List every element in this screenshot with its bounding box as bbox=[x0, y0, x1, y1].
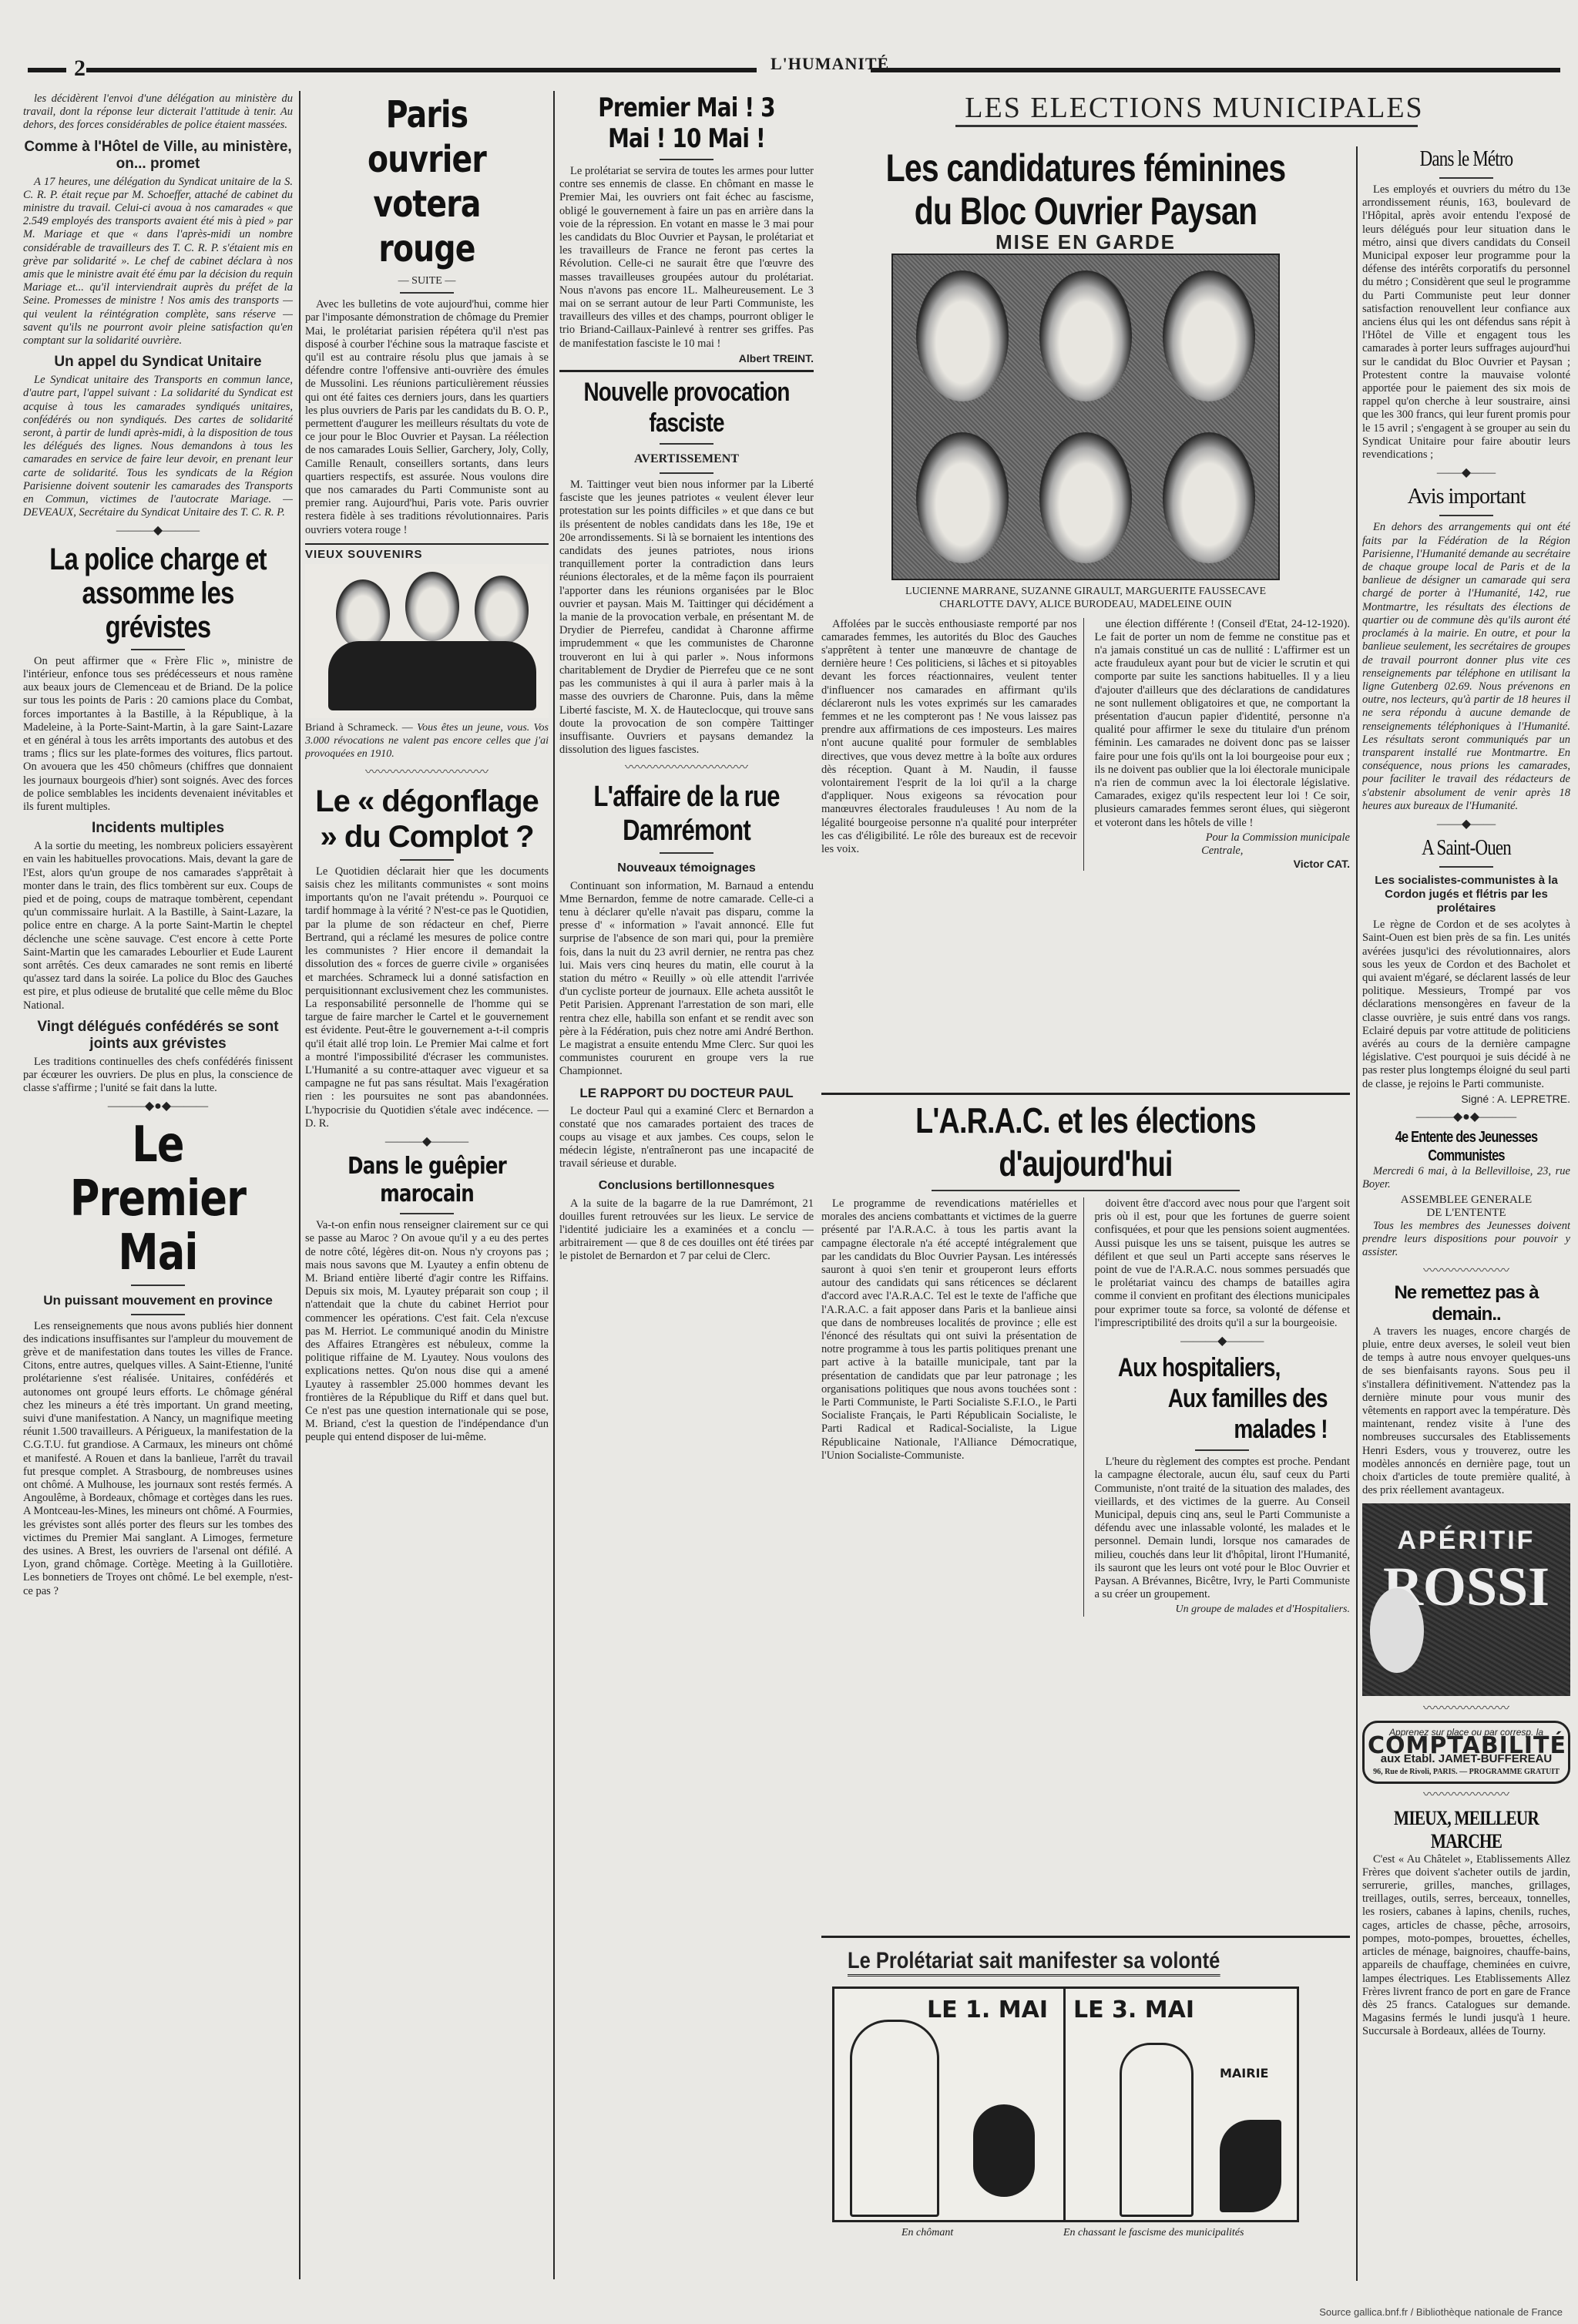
rule bbox=[131, 649, 185, 650]
subheading-mise-en-garde: MISE EN GARDE bbox=[821, 236, 1350, 249]
headline-jeunesses: 4e Entente des Jeunesses Communistes bbox=[1381, 1128, 1551, 1165]
article-text: Va-t-on enfin nous renseigner clairement… bbox=[305, 1219, 549, 1444]
banner-rule bbox=[955, 125, 1418, 127]
article-text: Mercredi 6 mai, à la Bellevilloise, 23, … bbox=[1362, 1165, 1570, 1191]
wavy-divider: 〰〰〰〰〰〰〰〰〰〰 bbox=[559, 761, 814, 774]
worker-figure bbox=[1120, 2043, 1194, 2217]
notice-title: DE L'ENTENTE bbox=[1362, 1207, 1570, 1220]
ad-text: aux Etabl. JAMET-BUFFEREAU bbox=[1368, 1752, 1565, 1765]
subheading: Nouveaux témoignages bbox=[559, 860, 814, 877]
article-text: Le Quotidien déclarait hier que les docu… bbox=[305, 865, 549, 1130]
rule bbox=[932, 1190, 1240, 1191]
headline-paris-ouvrier: Paris ouvrier votera rouge bbox=[327, 92, 526, 271]
subheading: LE RAPPORT DU DOCTEUR PAUL bbox=[559, 1085, 814, 1102]
arac-article: L'A.R.A.C. et les élections d'aujourd'hu… bbox=[821, 1099, 1350, 1908]
column-1: les décidèrent l'envoi d'une délégation … bbox=[23, 92, 293, 2281]
article-text: A travers les nuages, encore chargés de … bbox=[1362, 1325, 1570, 1498]
article-text: doivent être d'accord avec nous pour que… bbox=[1095, 1197, 1351, 1330]
cartoon-title: VIEUX SOUVENIRS bbox=[305, 548, 549, 561]
headline-premier-mai-3-mai: Premier Mai ! 3 Mai ! 10 Mai ! bbox=[583, 92, 791, 154]
cartoon-panel-1: LE 1. MAI bbox=[832, 1986, 1068, 2222]
ad-comptabilite: Apprenez sur place ou par corresp. la CO… bbox=[1362, 1721, 1570, 1785]
rule bbox=[131, 1314, 185, 1315]
ad-brand: COMPTABILITÉ bbox=[1368, 1739, 1565, 1752]
article-text: A 17 heures, une délégation du Syndicat … bbox=[23, 176, 293, 348]
cartoon-panel-2: LE 3. MAI MAIRIE bbox=[1063, 1986, 1299, 2222]
cartoon-caption: En chassant le fascisme des municipalité… bbox=[1063, 2227, 1244, 2239]
fascist-figure bbox=[1220, 2120, 1281, 2212]
rule bbox=[131, 1285, 185, 1286]
candidate-photos bbox=[891, 254, 1280, 580]
ornament-divider: ——◆—— bbox=[1362, 818, 1570, 831]
rule bbox=[660, 472, 713, 474]
mairie-sign: MAIRIE bbox=[1220, 2066, 1268, 2081]
headline-premier-mai: Le Premier Mai bbox=[48, 1118, 269, 1280]
article-text: Les employés et ouvriers du métro du 13e… bbox=[1362, 183, 1570, 462]
headline-hospitaliers: Aux hospitaliers, bbox=[1117, 1352, 1327, 1383]
headline-saint-ouen: A Saint-Ouen bbox=[1381, 835, 1551, 861]
article-text: C'est « Au Châtelet », Etablissements Al… bbox=[1362, 1853, 1570, 2039]
subheading: Un puissant mouvement en province bbox=[23, 1292, 293, 1309]
candidate-photo bbox=[1163, 270, 1255, 401]
rule bbox=[1439, 866, 1493, 868]
headline-avis-important: Avis important bbox=[1362, 484, 1570, 510]
header-rule-left bbox=[28, 68, 66, 72]
wavy-divider: 〰〰〰〰〰〰〰 bbox=[1362, 1788, 1570, 1802]
rule bbox=[660, 852, 713, 854]
ad-text: APÉRITIF bbox=[1362, 1534, 1570, 1547]
column-2: Paris ouvrier votera rouge — SUITE — Ave… bbox=[305, 92, 549, 2281]
headline-arac: L'A.R.A.C. et les élections d'aujourd'hu… bbox=[869, 1099, 1303, 1185]
ornament-divider: ———◆——— bbox=[23, 524, 293, 537]
cartoon-vieux-souvenirs bbox=[305, 564, 549, 718]
worker-figure bbox=[850, 2020, 939, 2217]
article-text: A la suite de la bagarre de la rue Damré… bbox=[559, 1197, 814, 1264]
candidate-photo bbox=[1163, 432, 1255, 563]
candidate-photo bbox=[916, 432, 1009, 563]
article-text: L'heure du règlement des comptes est pro… bbox=[1095, 1456, 1351, 1601]
rule bbox=[400, 292, 454, 294]
headline-familles-malades: Aux familles des malades ! bbox=[1117, 1383, 1327, 1445]
article-text: Le règne de Cordon et de ses acolytes à … bbox=[1362, 919, 1570, 1091]
suite-label: — SUITE — bbox=[305, 274, 549, 287]
subheading: Un appel du Syndicat Unitaire bbox=[23, 354, 293, 371]
signature-line: Centrale, bbox=[1095, 845, 1351, 858]
wavy-divider: 〰〰〰〰〰〰〰〰〰〰 bbox=[305, 766, 549, 779]
headline-guepier-marocain: Dans le guêpier marocain bbox=[327, 1153, 526, 1208]
cartoon-title: Le Prolétariat sait manifester sa volont… bbox=[848, 1948, 1220, 1976]
headline-provocation-fasciste: Nouvelle provocation fasciste bbox=[583, 377, 791, 438]
panel-label: LE 3. MAI bbox=[1073, 1997, 1194, 2023]
column-divider bbox=[1356, 146, 1358, 2281]
ornament-divider: ———◆●◆——— bbox=[1362, 1110, 1570, 1123]
signature: Un groupe de malades et d'Hospitaliers. bbox=[1095, 1603, 1351, 1616]
ad-illustration bbox=[1370, 1588, 1424, 1673]
signature: Victor CAT. bbox=[1095, 858, 1351, 871]
wavy-divider: 〰〰〰〰〰〰〰 bbox=[1362, 1264, 1570, 1278]
signature: Signé : A. LEPRETRE. bbox=[1362, 1093, 1570, 1106]
headline-police: La police charge et assomme les gréviste… bbox=[48, 542, 269, 644]
article-text: Le docteur Paul qui a examiné Clerc et B… bbox=[559, 1105, 814, 1171]
cartoon-caption-speaker: Briand à Schrameck. — bbox=[305, 722, 413, 734]
ad-aperitif-rossi: APÉRITIF ROSSI bbox=[1362, 1503, 1570, 1696]
header-rule bbox=[86, 68, 757, 72]
subheading: Conclusions bertillonnesques bbox=[559, 1177, 814, 1194]
article-text: Le Syndicat unitaire des Transports en c… bbox=[23, 374, 293, 519]
article-text: Avec les bulletins de vote aujourd'hui, … bbox=[305, 298, 549, 537]
headline-metro: Dans le Métro bbox=[1381, 146, 1551, 173]
article-text: Le programme de revendications matériell… bbox=[821, 1197, 1077, 1463]
ad-text: 96, Rue de Rivoli, PARIS. — PROGRAMME GR… bbox=[1368, 1765, 1565, 1778]
article-text: Continuant son information, M. Barnaud a… bbox=[559, 880, 814, 1079]
article-text: Affolées par le succès enthousiaste remp… bbox=[821, 618, 1077, 857]
headline-mieux: MIEUX, MEILLEUR MARCHE bbox=[1381, 1807, 1551, 1853]
source-footer: Source gallica.bnf.fr / Bibliothèque nat… bbox=[1319, 2306, 1563, 2318]
candidate-photo bbox=[1039, 432, 1132, 563]
column-right: Dans le Métro Les employés et ouvriers d… bbox=[1362, 146, 1570, 2281]
elections-banner: LES ELECTIONS MUNICIPALES bbox=[824, 91, 1564, 125]
rule bbox=[400, 1213, 454, 1214]
headline-affaire-damremont: L'affaire de la rue Damrémont bbox=[583, 780, 791, 848]
ornament-divider: ———◆——— bbox=[1095, 1335, 1351, 1348]
ornament-divider: ——◆—— bbox=[1362, 466, 1570, 479]
column-divider bbox=[553, 91, 555, 2279]
page-number: 2 bbox=[74, 55, 86, 82]
column-divider bbox=[299, 91, 300, 2279]
article-text: une élection différente ! (Conseil d'Eta… bbox=[1095, 618, 1351, 830]
wavy-divider: 〰〰〰〰〰〰〰 bbox=[1362, 1702, 1570, 1715]
subheading: Vingt délégués confédérés se sont joints… bbox=[23, 1019, 293, 1053]
rule bbox=[660, 159, 713, 160]
photo-caption: CHARLOTTE DAVY, ALICE BURODEAU, MADELEIN… bbox=[821, 598, 1350, 611]
signature-line: Pour la Commission municipale bbox=[1095, 831, 1351, 845]
subheading: AVERTISSEMENT bbox=[559, 451, 814, 468]
article-text: A la sortie du meeting, les nombreux pol… bbox=[23, 840, 293, 1013]
elections-feature: Les candidatures féminines du Bloc Ouvri… bbox=[821, 146, 1350, 1079]
headline-ne-remettez: Ne remettez pas à demain.. bbox=[1362, 1282, 1570, 1325]
subheading: Comme à l'Hôtel de Ville, au ministère, … bbox=[23, 139, 293, 173]
article-text: Tous les membres des Jeunesses doivent p… bbox=[1362, 1220, 1570, 1260]
subheading: Incidents multiples bbox=[23, 820, 293, 837]
article-intro: les décidèrent l'envoi d'une délégation … bbox=[23, 92, 293, 133]
article-text: M. Taittinger veut bien nous informer pa… bbox=[559, 479, 814, 757]
article-text: En dehors des arrangements qui ont été f… bbox=[1362, 521, 1570, 812]
article-text: Le prolétariat se servira de toutes les … bbox=[559, 165, 814, 351]
capitalist-figure bbox=[973, 2104, 1035, 2197]
rule bbox=[660, 443, 713, 445]
subheading: Les socialistes-communistes à la Cordon … bbox=[1362, 874, 1570, 915]
cartoon-caption: En chômant bbox=[901, 2227, 953, 2239]
section-rule bbox=[821, 1936, 1350, 1938]
article-text: Les traditions continuelles des chefs co… bbox=[23, 1056, 293, 1096]
ornament-divider: ———◆——— bbox=[305, 1135, 549, 1148]
candidate-photo bbox=[1039, 270, 1132, 401]
rule bbox=[1195, 1449, 1249, 1451]
article-text: Les renseignements que nous avons publié… bbox=[23, 1320, 293, 1598]
rule bbox=[400, 859, 454, 861]
notice-title: ASSEMBLEE GENERALE bbox=[1362, 1194, 1570, 1207]
section-rule bbox=[821, 1093, 1350, 1095]
ornament-divider: ———◆●◆——— bbox=[23, 1100, 293, 1113]
headline-degonflage: Le « dégonflage » du Complot ? bbox=[305, 784, 549, 855]
headline-candidatures-feminines: Les candidatures féminines du Bloc Ouvri… bbox=[869, 146, 1303, 233]
column-3: Premier Mai ! 3 Mai ! 10 Mai ! Le prolét… bbox=[559, 92, 814, 2281]
panel-label: LE 1. MAI bbox=[927, 1997, 1048, 2023]
header-rule-right bbox=[871, 68, 1560, 72]
photo-caption: LUCIENNE MARRANE, SUZANNE GIRAULT, MARGU… bbox=[821, 585, 1350, 598]
candidate-photo bbox=[916, 270, 1009, 401]
rule bbox=[1439, 515, 1493, 516]
rule bbox=[1439, 177, 1493, 179]
signature: Albert TREINT. bbox=[559, 352, 814, 365]
article-text: On peut affirmer que « Frère Flic », min… bbox=[23, 655, 293, 814]
